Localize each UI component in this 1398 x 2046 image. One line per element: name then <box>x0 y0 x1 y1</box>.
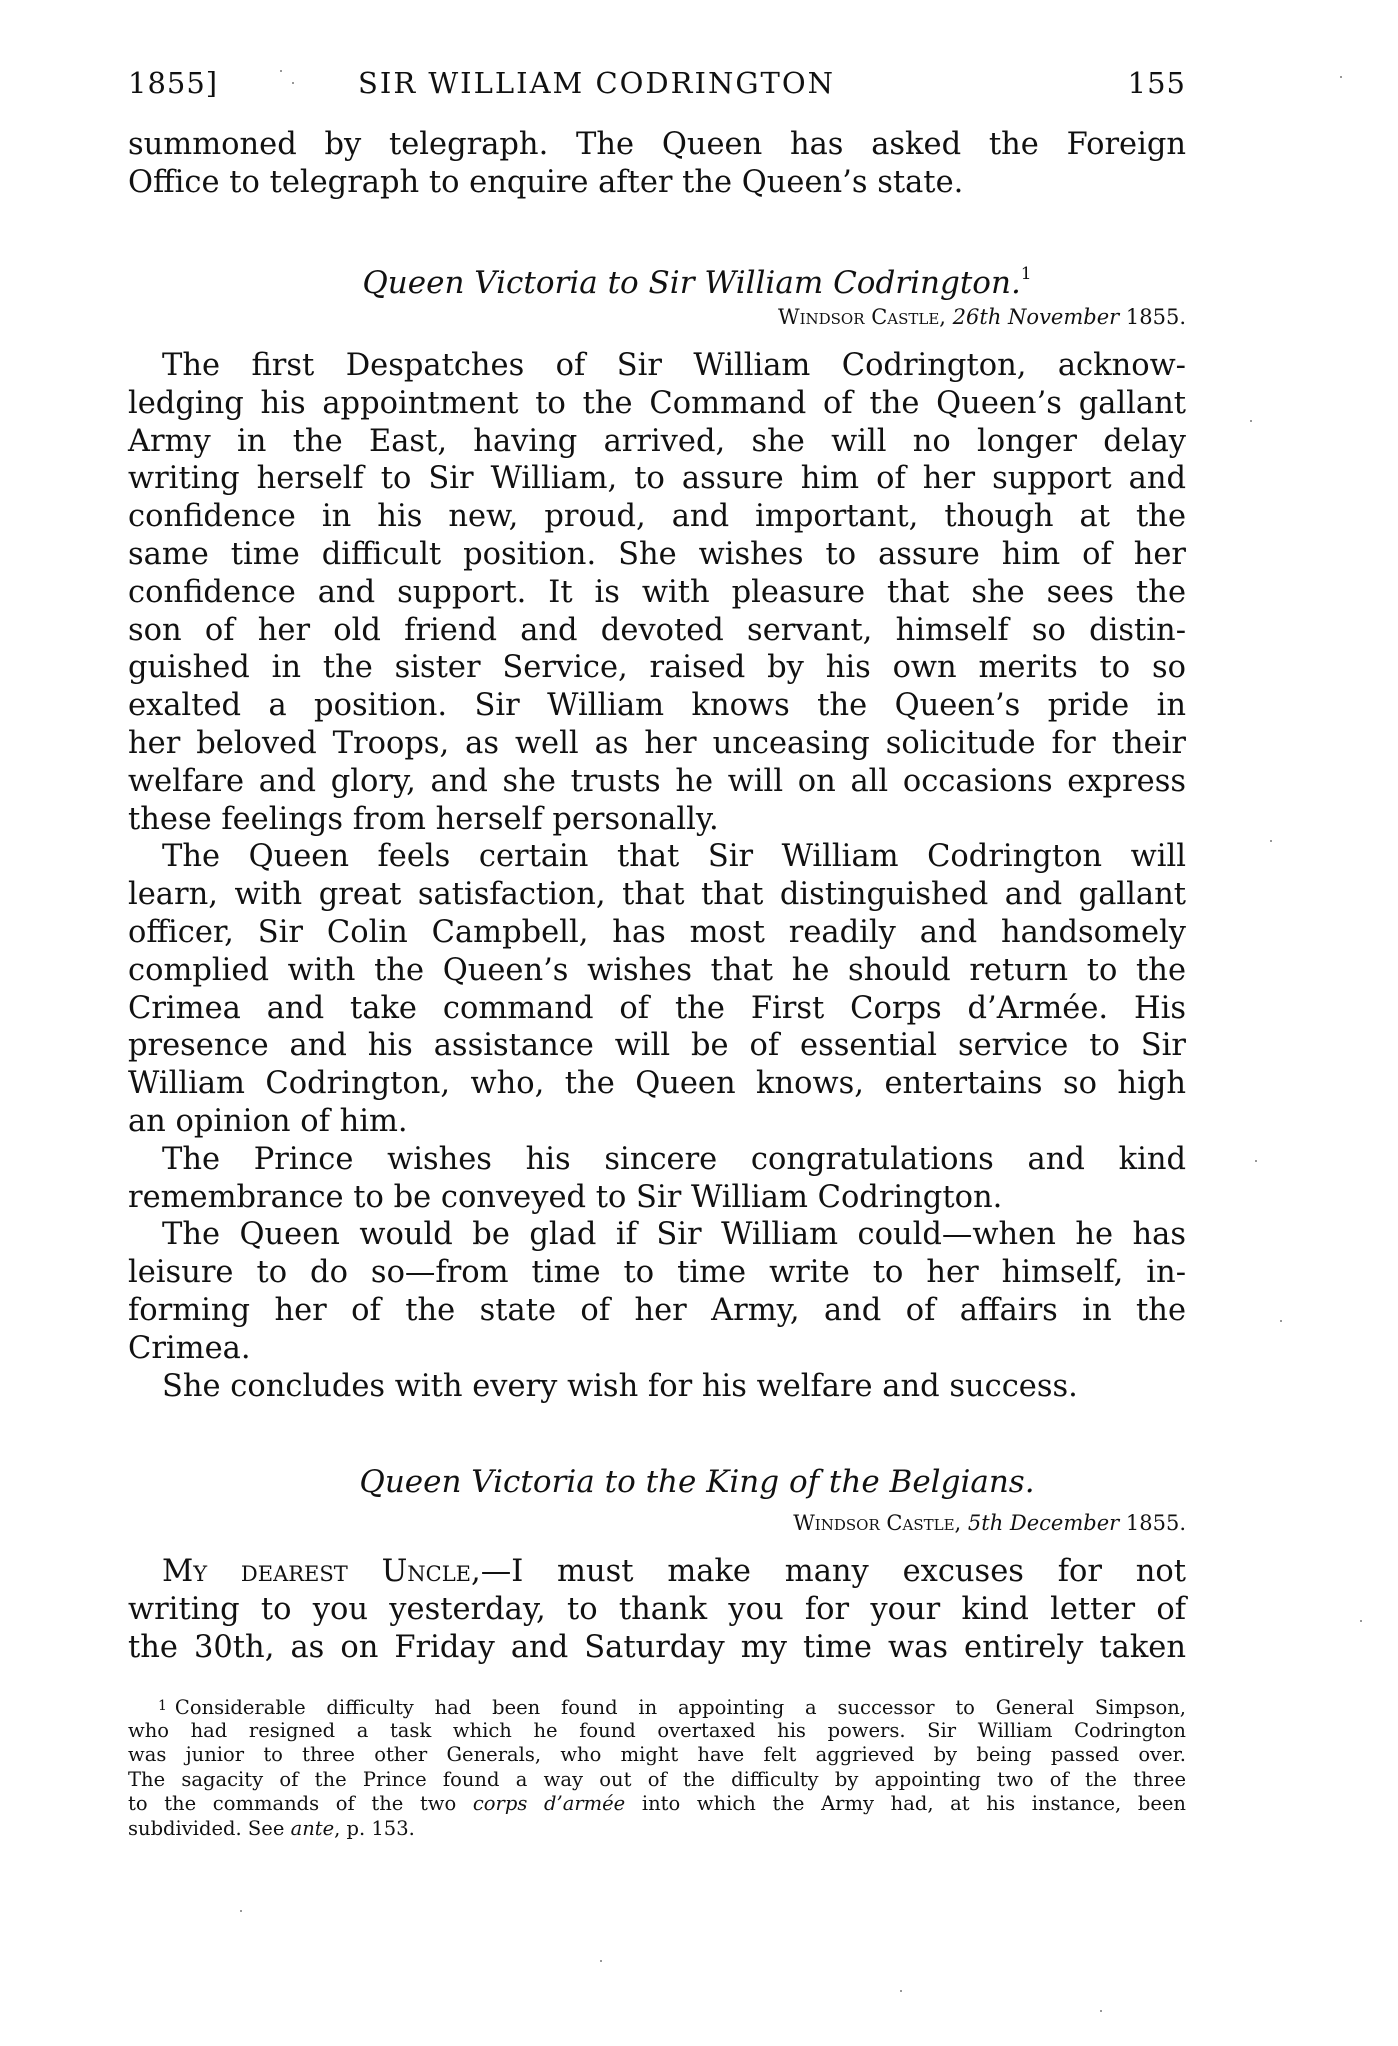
text-line: Army in the East, having arrived, she wi… <box>128 423 1186 461</box>
footnote: 1Considerable difficulty had been found … <box>128 1694 1186 1842</box>
dateline-day: 5th <box>968 1511 1003 1535</box>
text-fragment: , p. 153. <box>334 1817 415 1840</box>
text-fragment: —I must make many excuses for not <box>481 1554 1186 1589</box>
text-line: William Codrington, who, the Queen knows… <box>128 1065 1186 1103</box>
paragraph: The Queen feels certain that Sir William… <box>128 838 1186 1140</box>
continuation-paragraph: summoned by telegraph. The Queen has ask… <box>128 126 1186 202</box>
text-line: Crimea and take command of the First Cor… <box>128 990 1186 1028</box>
text-line: leisure to do so—from time to time write… <box>128 1254 1186 1292</box>
speckle <box>240 1910 242 1912</box>
paragraph: The first Despatches of Sir William Codr… <box>128 347 1186 838</box>
dateline-year: 1855. <box>1126 1511 1186 1535</box>
paragraph: She concludes with every wish for his we… <box>128 1368 1186 1406</box>
footnote-line: 1Considerable difficulty had been found … <box>128 1694 1186 1719</box>
speckle <box>1280 1320 1282 1322</box>
text-line: confidence and support. It is with pleas… <box>128 574 1186 612</box>
text-line: The Queen feels certain that Sir William… <box>128 838 1186 876</box>
dateline-place: Windsor Castle, <box>778 305 946 329</box>
speckle <box>280 70 282 72</box>
text-line: ledging his appointment to the Command o… <box>128 385 1186 423</box>
running-head: 1855] SIR WILLIAM CODRINGTON 155 <box>128 66 1186 100</box>
text-fragment: to the commands of the two <box>128 1792 473 1815</box>
text-line: confidence in his new, proud, and import… <box>128 498 1186 536</box>
text-fragment-italic: corps d’armée <box>473 1792 625 1815</box>
footnote-line: who had resigned a task which he found o… <box>128 1719 1186 1744</box>
text-line: The first Despatches of Sir William Codr… <box>128 347 1186 385</box>
text-line: presence and his assistance will be of e… <box>128 1027 1186 1065</box>
letter-heading-text: Queen Victoria to the King of the Belgia… <box>359 1464 1034 1500</box>
text-line: writing herself to Sir William, to assur… <box>128 460 1186 498</box>
page-number: 155 <box>1128 66 1186 100</box>
dateline: Windsor Castle, 26th November 1855. <box>128 302 1216 332</box>
speckle <box>1270 840 1272 842</box>
text-line: guished in the sister Service, raised by… <box>128 649 1186 687</box>
footnote-line: The sagacity of the Prince found a way o… <box>128 1768 1186 1793</box>
speckle <box>1255 1160 1257 1162</box>
text-line: welfare and glory, and she trusts he wil… <box>128 763 1186 801</box>
text-line: writing to you yesterday, to thank you f… <box>128 1591 1186 1629</box>
letter-body: My dearest Uncle,—I must make many excus… <box>128 1553 1186 1666</box>
paragraph: The Prince wishes his sincere congratula… <box>128 1141 1186 1217</box>
footnote-line: was junior to three other Generals, who … <box>128 1743 1186 1768</box>
speckle <box>1340 76 1342 78</box>
dateline-month: December <box>1010 1511 1119 1535</box>
speckle <box>1100 2010 1102 2012</box>
dateline: Windsor Castle, 5th December 1855. <box>128 1508 1216 1538</box>
speckle <box>292 82 294 84</box>
speckle <box>1360 1620 1362 1622</box>
footnote-marker[interactable]: 1 <box>1021 264 1032 284</box>
text-line: complied with the Queen’s wishes that he… <box>128 952 1186 990</box>
text-line: the 30th, as on Friday and Saturday my t… <box>128 1629 1186 1667</box>
speckle <box>600 1960 602 1962</box>
text-fragment: Considerable difficulty had been found i… <box>175 1696 1186 1719</box>
speckle <box>900 1990 902 1992</box>
dateline-month: November <box>1008 305 1119 329</box>
text-line: remembrance to be conveyed to Sir Willia… <box>128 1179 1186 1217</box>
letter-body: The first Despatches of Sir William Codr… <box>128 347 1186 1405</box>
running-head-year: 1855] <box>128 66 218 100</box>
paragraph: The Queen would be glad if Sir William c… <box>128 1216 1186 1367</box>
dateline-place: Windsor Castle, <box>793 1511 961 1535</box>
text-line: same time difficult position. She wishes… <box>128 536 1186 574</box>
text-line: The Queen would be glad if Sir William c… <box>128 1216 1186 1254</box>
text-line: summoned by telegraph. The Queen has ask… <box>128 126 1186 164</box>
letter-heading-text: Queen Victoria to Sir William Codrington… <box>362 265 1020 301</box>
text-line: The Prince wishes his sincere congratula… <box>128 1141 1186 1179</box>
text-line: son of her old friend and devoted servan… <box>128 612 1186 650</box>
text-line: Office to telegraph to enquire after the… <box>128 164 1186 202</box>
text-line: an opinion of him. <box>128 1103 1186 1141</box>
text-line: officer, Sir Colin Campbell, has most re… <box>128 914 1186 952</box>
footnote-line: subdivided. See ante, p. 153. <box>128 1817 1186 1842</box>
text-fragment: into which the Army had, at his instance… <box>625 1792 1186 1815</box>
text-fragment: subdivided. See <box>128 1817 291 1840</box>
dateline-day: 26th <box>953 305 1002 329</box>
text-fragment-italic: ante <box>291 1817 335 1840</box>
text-line: her beloved Troops, as well as her uncea… <box>128 725 1186 763</box>
text-line: learn, with great satisfaction, that tha… <box>128 876 1186 914</box>
text-line: Crimea. <box>128 1330 1186 1368</box>
text-line: She concludes with every wish for his we… <box>128 1368 1186 1406</box>
letter-heading: Queen Victoria to Sir William Codrington… <box>128 254 1226 303</box>
footnote-line: to the commands of the two corps d’armée… <box>128 1792 1186 1817</box>
salutation: My dearest Uncle, <box>162 1554 481 1589</box>
footnote-number: 1 <box>158 1698 167 1714</box>
text-line: My dearest Uncle,—I must make many excus… <box>128 1553 1186 1591</box>
speckle <box>1250 420 1252 422</box>
dateline-year: 1855. <box>1126 305 1186 329</box>
text-line: exalted a position. Sir William knows th… <box>128 687 1186 725</box>
letter-heading: Queen Victoria to the King of the Belgia… <box>128 1462 1226 1502</box>
text-line: forming her of the state of her Army, an… <box>128 1292 1186 1330</box>
text-line: these feelings from herself personally. <box>128 801 1186 839</box>
running-head-title: SIR WILLIAM CODRINGTON <box>358 66 835 100</box>
